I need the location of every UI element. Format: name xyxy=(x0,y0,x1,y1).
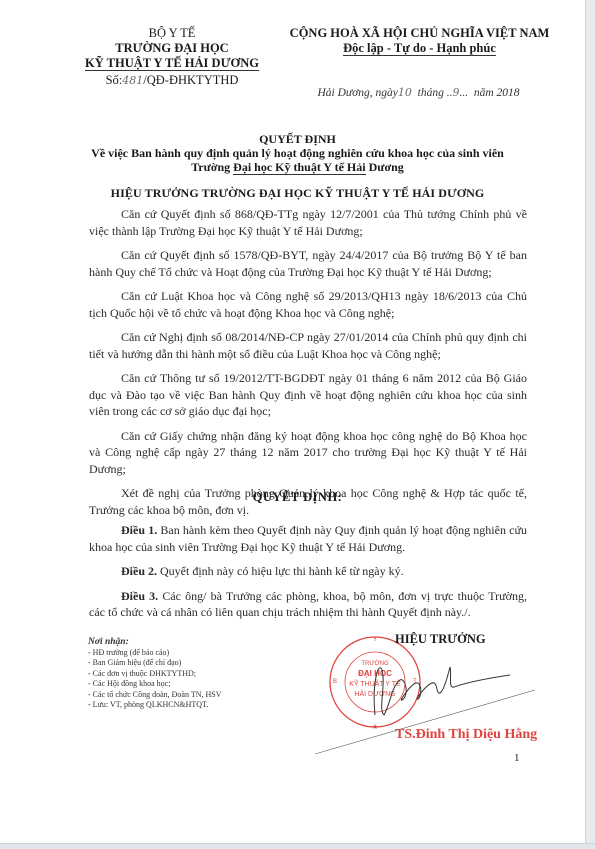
preamble-item: Căn cứ Nghị định số 08/2014/NĐ-CP ngày 2… xyxy=(89,329,527,362)
document-subject: Về việc Ban hành quy định quản lý hoạt đ… xyxy=(60,146,535,174)
article-item: Điều 3. Các ông/ bà Trưởng các phòng, kh… xyxy=(89,588,527,621)
recipients-heading: Nơi nhận: xyxy=(88,636,222,648)
preamble-item: Căn cứ Quyết định số 868/QĐ-TTg ngày 12/… xyxy=(89,206,527,239)
signer-name: TS.Đinh Thị Diệu Hằng xyxy=(395,727,537,743)
national-motto: Độc lập - Tự do - Hạnh phúc xyxy=(343,42,496,56)
handwritten-signature-icon xyxy=(370,655,520,725)
svg-text:B: B xyxy=(333,679,337,685)
document-number: Số:481/QĐ-ĐHKTYTHD xyxy=(72,73,272,88)
issue-date: Hải Dương, ngày10 tháng ..9... năm 2018 xyxy=(260,86,577,99)
handwritten-day: 10 xyxy=(398,86,412,99)
handwritten-month: 9 xyxy=(452,86,459,99)
national-header: CỘNG HOÀ XÃ HỘI CHỦ NGHĨA VIỆT NAM Độc l… xyxy=(262,26,577,56)
svg-text:Y: Y xyxy=(373,637,377,643)
document-title: QUYẾT ĐỊNH xyxy=(60,132,535,147)
school-name-line2: KỸ THUẬT Y TẾ HẢI DƯƠNG xyxy=(85,57,259,71)
issuing-authority: HIỆU TRƯỞNG TRƯỜNG ĐẠI HỌC KỸ THUẬT Y TẾ… xyxy=(60,186,535,201)
preamble: Căn cứ Quyết định số 868/QĐ-TTg ngày 12/… xyxy=(89,206,527,526)
ministry-name: BỘ Y TẾ xyxy=(72,26,272,41)
preamble-item: Căn cứ Quyết định số 1578/QĐ-BYT, ngày 2… xyxy=(89,247,527,280)
page-number: 1 xyxy=(514,752,520,764)
preamble-item: Căn cứ Thông tư số 19/2012/TT-BGDĐT ngày… xyxy=(89,370,527,420)
articles: Điều 1. Ban hành kèm theo Quyết định này… xyxy=(89,522,527,629)
decision-heading: QUYẾT ĐỊNH: xyxy=(60,490,535,505)
handwritten-number: 481 xyxy=(122,74,143,87)
preamble-item: Căn cứ Giấy chứng nhận đăng ký hoạt động… xyxy=(89,428,527,478)
recipient-item: - Các đơn vị thuộc ĐHKTYTHD; xyxy=(88,669,222,679)
school-name-line1: TRƯỜNG ĐẠI HỌC xyxy=(72,41,272,56)
recipient-item: - Các Hội đồng khoa học; xyxy=(88,679,222,689)
preamble-item: Căn cứ Luật Khoa học và Công nghệ số 29/… xyxy=(89,288,527,321)
vertical-scrollbar[interactable] xyxy=(585,0,595,849)
recipients-list: Nơi nhận: - HĐ trường (để báo cáo) - Ban… xyxy=(88,636,222,710)
country-name: CỘNG HOÀ XÃ HỘI CHỦ NGHĨA VIỆT NAM xyxy=(262,26,577,41)
recipient-item: - Lưu: VT, phòng QLKHCN&HTQT. xyxy=(88,700,222,710)
recipient-item: - Ban Giám hiệu (để chỉ đạo) xyxy=(88,658,222,668)
page-bottom-edge xyxy=(0,843,595,849)
article-item: Điều 1. Ban hành kèm theo Quyết định này… xyxy=(89,522,527,555)
document-page: BỘ Y TẾ TRƯỜNG ĐẠI HỌC KỸ THUẬT Y TẾ HẢI… xyxy=(0,0,586,844)
signer-title: HIỆU TRƯỞNG xyxy=(395,632,486,647)
recipient-item: - HĐ trường (để báo cáo) xyxy=(88,648,222,658)
recipient-item: - Các tổ chức Công đoàn, Đoàn TN, HSV xyxy=(88,690,222,700)
article-item: Điều 2. Quyết định này có hiệu lực thi h… xyxy=(89,563,527,580)
issuer-header: BỘ Y TẾ TRƯỜNG ĐẠI HỌC KỸ THUẬT Y TẾ HẢI… xyxy=(72,26,272,88)
